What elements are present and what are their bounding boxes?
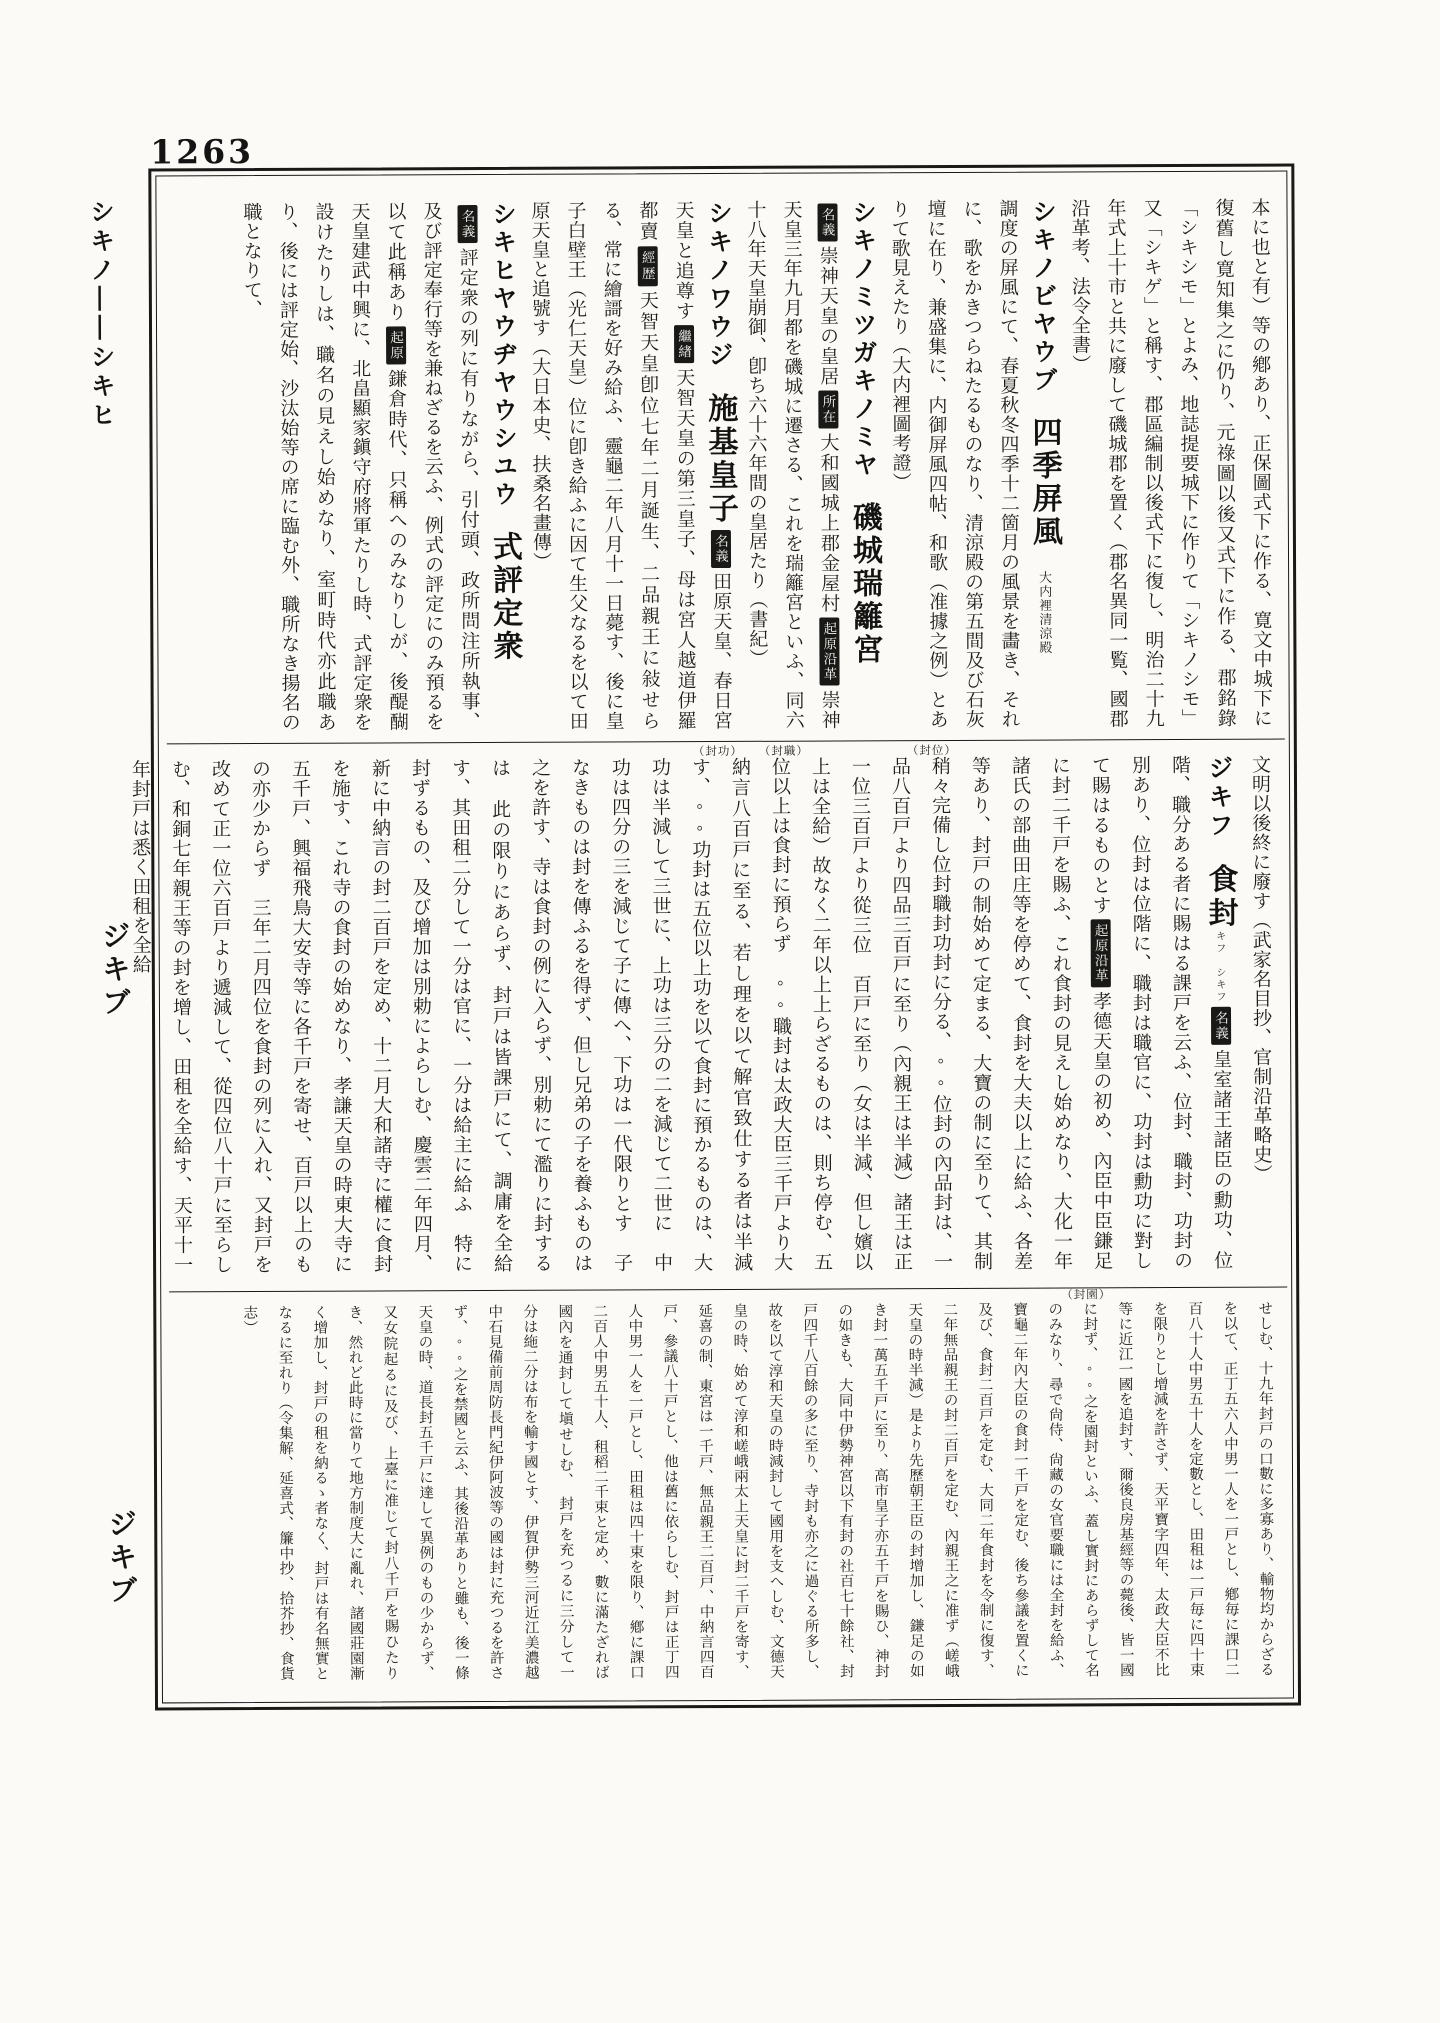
section-tag: 名義 [1210, 1007, 1230, 1045]
entry-headword-kanji: 食封 [1203, 863, 1236, 931]
entry-annotation: 大内裡清涼殿 [1037, 571, 1052, 655]
section-tag: 名義 [710, 530, 730, 568]
section-tag: 經歴 [637, 246, 657, 286]
section-tag: 起原 [386, 326, 406, 364]
band-1: 本に也と有）等の鄕あり、正保圖式下に作る、寛文中城下に復舊し寛知集之に仍り、元祿… [168, 198, 1278, 733]
entry-headword-kana: シキノミツガキノミヤ [848, 199, 877, 479]
margin-label-top: シキノ――シキヒ [82, 199, 120, 559]
text-segment: 鎌倉時代、只稱へのみなりしが、後醍醐天皇建武中興に、北畠顯家鎭守府將軍たりし時、… [240, 202, 407, 732]
entry-headword-kanji: 施基皇子 [703, 392, 737, 526]
text-segment: 孝德天皇の初め、內臣中臣鎌足に封二千戸を賜ふ、これ食封の見えし始めなり、大化一年… [129, 755, 1112, 1274]
entry-headword-kanji: 四季屏風 [1027, 417, 1061, 549]
float-note-enpu: （封園） [1061, 1286, 1111, 1302]
page-number: 1263 [150, 132, 254, 171]
text-segment: 文明以後終に廢す（武家名目抄、官制沿革略史） [1249, 755, 1272, 1184]
band-2: 文明以後終に廢す（武家名目抄、官制沿革略史） ジキフ食封キフ シキフ名義皇室諸王… [171, 755, 1281, 1275]
text-segment: せしむ、十九年封戸の口數に多寡あり、輸物均からざるを以て、正丁五六人中男一人を一… [241, 1301, 1274, 1681]
entry-headword-kana: ジキフ [1205, 755, 1233, 841]
section-tag: 繼緖 [674, 325, 694, 363]
entry-headword-kanji: 式評定衆 [488, 531, 522, 663]
entry-headword-kana: シキヒヤウヂヤウシユウ [488, 201, 517, 509]
section-tag: 起原沿革 [819, 617, 839, 685]
scanned-dictionary-page: 1263 シキノ――シキヒ ジキブ ジキブ 本に也と有）等の鄕あり、正保圖式下に… [0, 0, 1440, 2023]
text-segment: 崇神天皇の皇居 [817, 246, 839, 387]
entry-headword-kanji: 磯城瑞籬宮 [848, 501, 882, 666]
band-3: せしむ、十九年封戸の口數に多寡あり、輸物均からざるを以て、正丁五六人中男一人を一… [173, 1301, 1283, 1682]
margin-label-bottom: ジキブ [100, 1509, 142, 1749]
section-tag: 名義 [817, 203, 837, 241]
text-segment: 調度の屏風にて、春夏秋冬四季十二箇月の風景を畵き、それに、歌をかきつらねたるもの… [888, 199, 1019, 729]
reading-variants: キフ シキフ [1215, 930, 1226, 1003]
section-tag: 起原沿革 [1090, 919, 1110, 987]
section-tag: 名義 [457, 205, 477, 243]
entry-headword-kana: シキノビヤウブ [1028, 199, 1057, 395]
section-tag: 所在 [818, 390, 838, 428]
text-segment: 大和國城上郡金屋村 [817, 433, 839, 614]
entry-headword-kana: シキノワウジ [704, 200, 733, 370]
text-segment: 本に也と有）等の鄕あり、正保圖式下に作る、寛文中城下に復舊し寛知集之に仍り、元祿… [1068, 198, 1271, 729]
